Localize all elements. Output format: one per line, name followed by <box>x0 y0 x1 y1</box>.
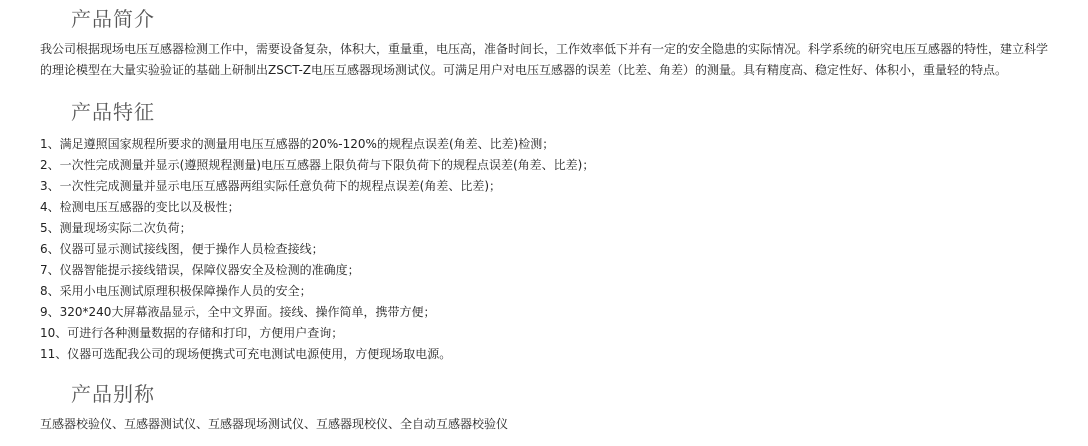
feature-item: 8、采用小电压测试原理积极保障操作人员的安全； <box>40 281 594 302</box>
feature-item: 11、仪器可选配我公司的现场便携式可充电测试电源使用，方便现场取电源。 <box>40 344 594 365</box>
intro-heading: 产品简介 <box>71 6 155 32</box>
feature-item: 5、测量现场实际二次负荷； <box>40 218 594 239</box>
feature-item: 3、一次性完成测量并显示电压互感器两组实际任意负荷下的规程点误差(角差、比差)； <box>40 176 594 197</box>
features-list: 1、满足遵照国家规程所要求的测量用电压互感器的20%-120%的规程点误差(角差… <box>40 134 594 365</box>
aliases-heading: 产品别称 <box>71 381 155 407</box>
feature-item: 1、满足遵照国家规程所要求的测量用电压互感器的20%-120%的规程点误差(角差… <box>40 134 594 155</box>
feature-item: 10、可进行各种测量数据的存储和打印，方便用户查询； <box>40 323 594 344</box>
feature-item: 9、320*240大屏幕液晶显示，全中文界面。接线、操作简单，携带方便； <box>40 302 594 323</box>
feature-item: 6、仪器可显示测试接线图，便于操作人员检查接线； <box>40 239 594 260</box>
intro-paragraph: 我公司根据现场电压互感器检测工作中，需要设备复杂，体积大，重量重，电压高，准备时… <box>40 39 1050 81</box>
features-heading: 产品特征 <box>71 99 155 125</box>
feature-item: 2、一次性完成测量并显示(遵照规程测量)电压互感器上限负荷与下限负荷下的规程点误… <box>40 155 594 176</box>
feature-item: 7、仪器智能提示接线错误，保障仪器安全及检测的准确度； <box>40 260 594 281</box>
feature-item: 4、检测电压互感器的变比以及极性； <box>40 197 594 218</box>
aliases-text: 互感器校验仪、互感器测试仪、互感器现场测试仪、互感器现校仪、全自动互感器校验仪 <box>40 414 1050 435</box>
